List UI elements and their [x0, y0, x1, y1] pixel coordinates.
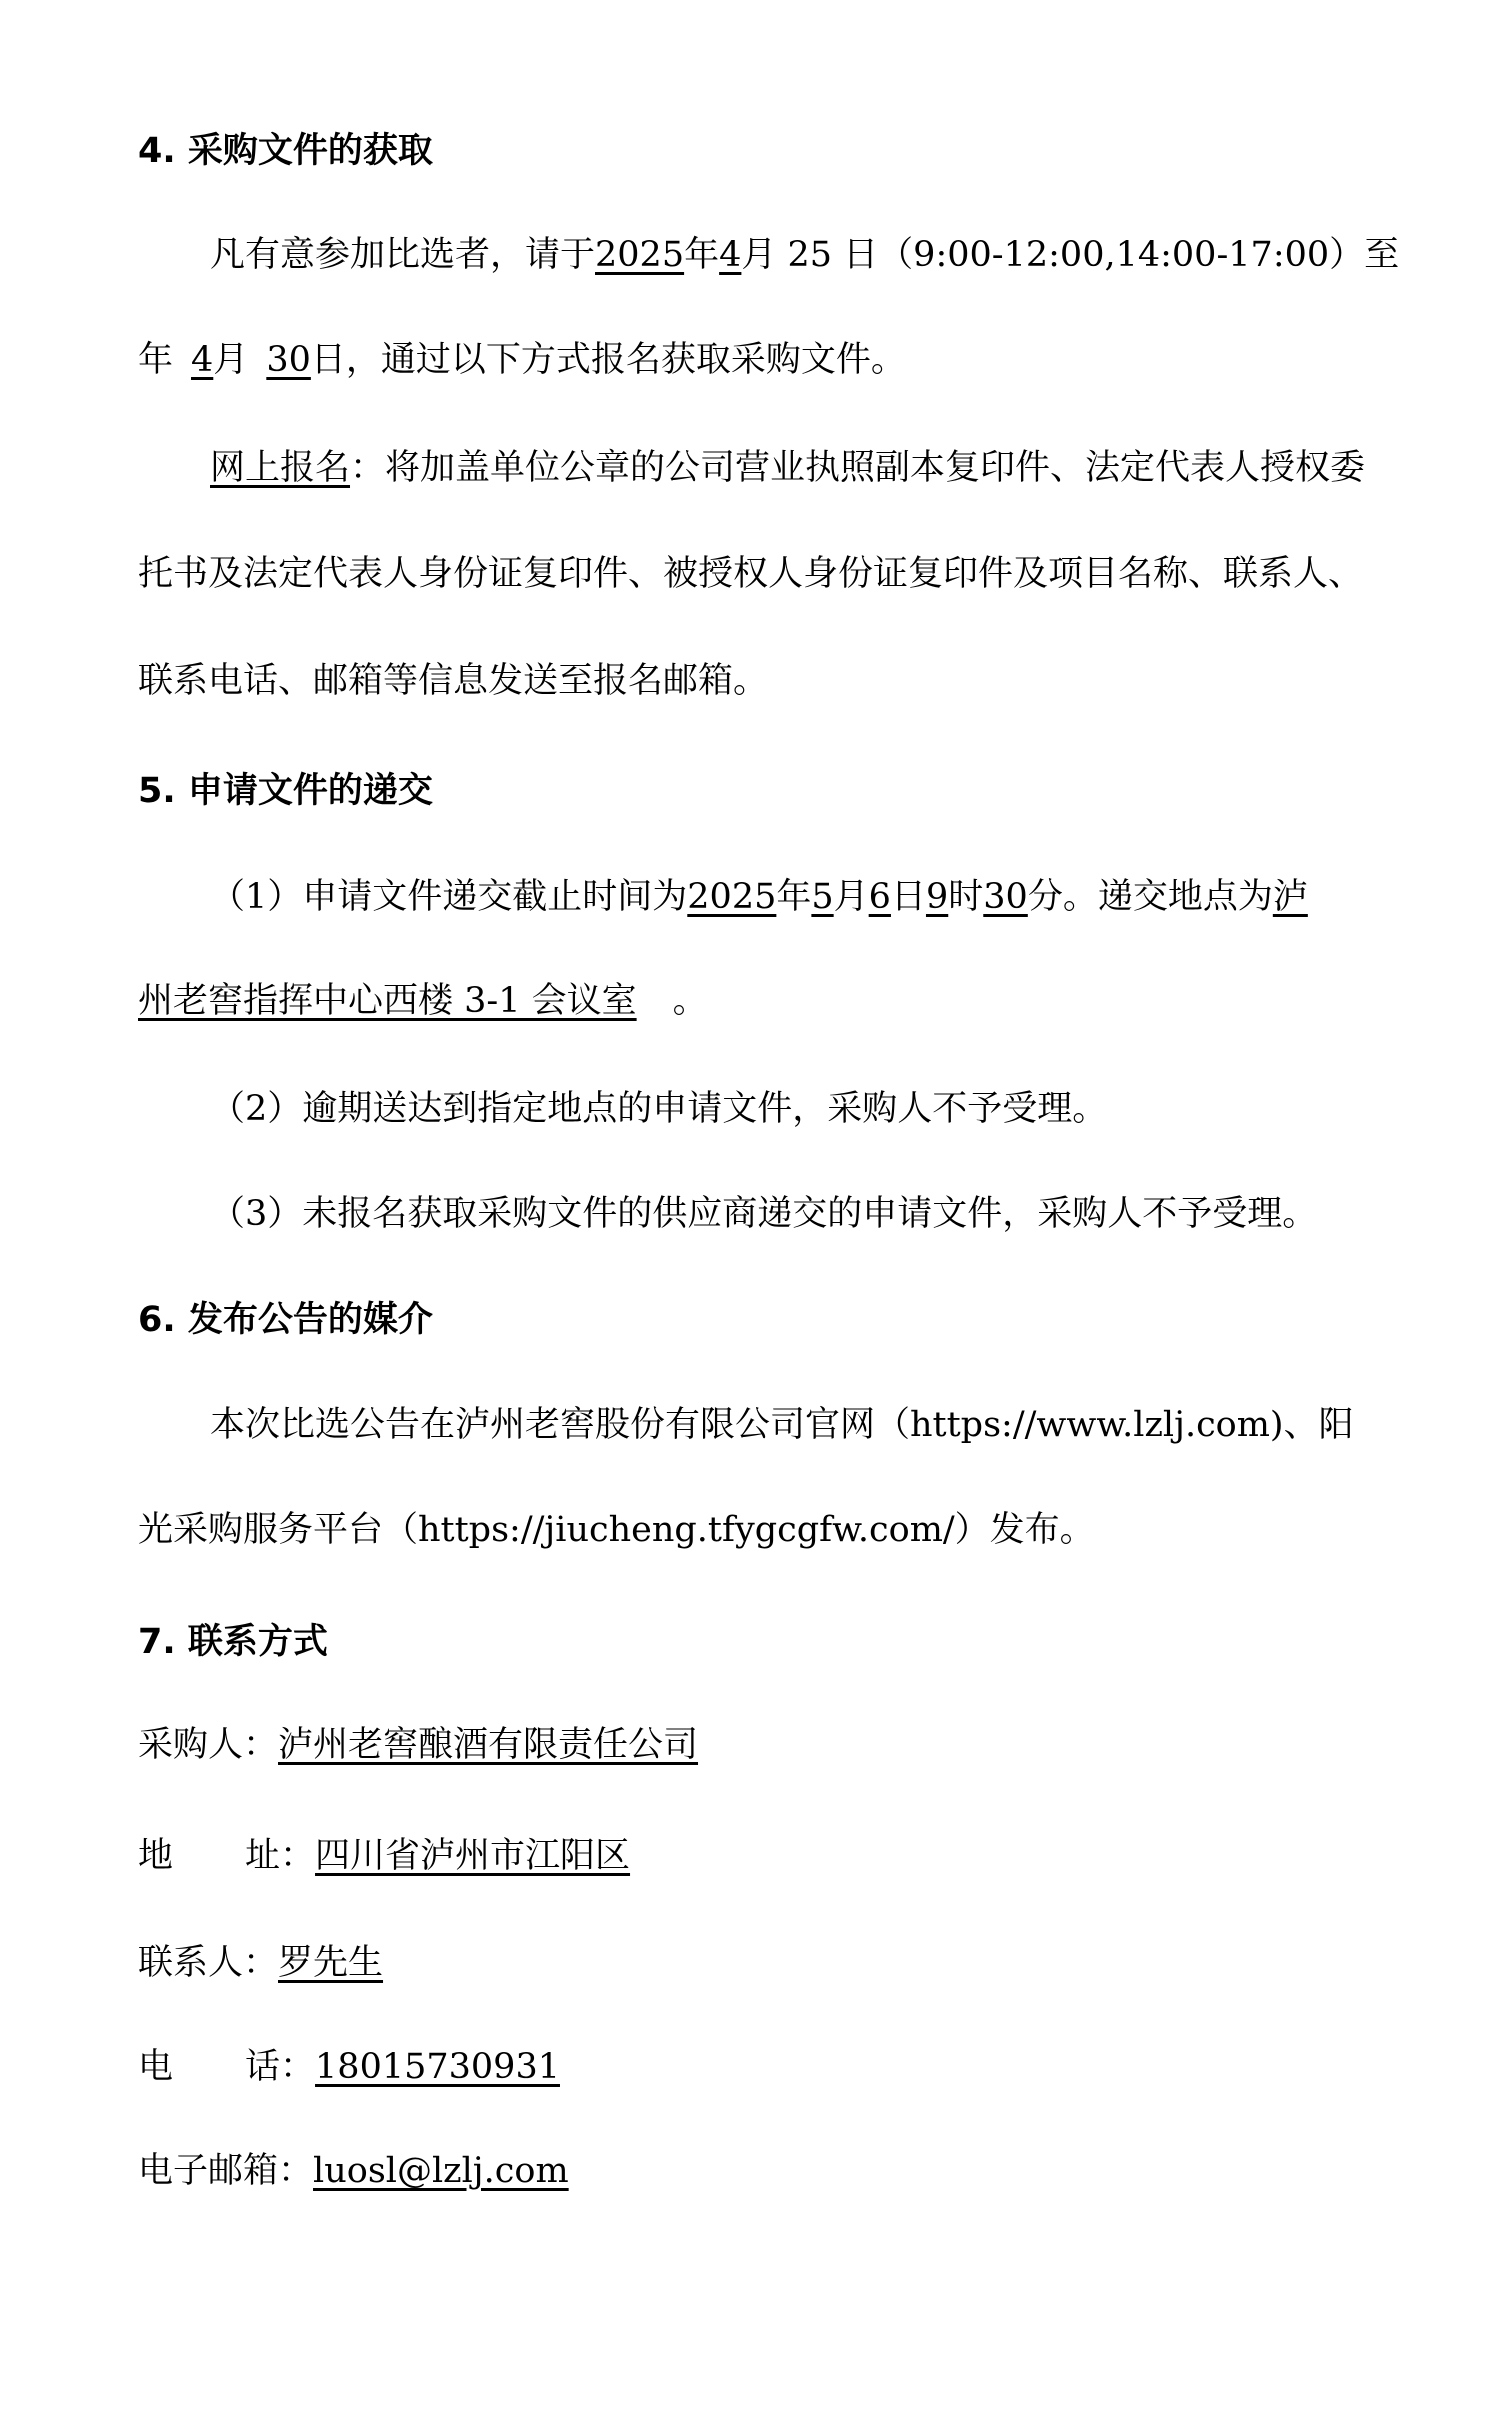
purchaser-value: 泸州老窖酿酒有限责任公司 — [278, 1725, 698, 1765]
section-heading-5: 5. 申请文件的递交 — [138, 765, 1406, 817]
item-3-unregistered: （3）未报名获取采购文件的供应商递交的申请文件，采购人不予受理。 — [138, 1188, 1406, 1240]
contact-person: 联系人：罗先生 — [138, 1937, 1406, 1989]
section-heading-7: 7. 联系方式 — [138, 1616, 1406, 1668]
text: 月 — [834, 877, 869, 917]
place-field: 泸 — [1273, 877, 1308, 917]
contact-purchaser: 采购人：泸州老窖酿酒有限责任公司 — [138, 1719, 1406, 1771]
paragraph-media-line1: 本次比选公告在泸州老窖股份有限公司官网（https://www.lzlj.com… — [138, 1399, 1406, 1451]
paragraph-registration-period-line2: 年4月30日，通过以下方式报名获取采购文件。 — [138, 334, 1406, 386]
document-page: 4. 采购文件的获取 凡有意参加比选者，请于2025年4月 25 日（9:00-… — [0, 0, 1500, 2429]
section-heading-4: 4. 采购文件的获取 — [138, 125, 1406, 177]
contact-phone: 电话：18015730931 — [138, 2041, 1406, 2093]
email-value[interactable]: luosl@lzlj.com — [313, 2151, 569, 2191]
text: 年 — [684, 235, 719, 275]
contact-label: 地 — [138, 1836, 173, 1876]
month-field: 4 — [191, 340, 213, 380]
text: （1）申请文件递交截止时间为 — [210, 877, 687, 917]
text: 年 — [138, 340, 173, 380]
year-field: 2025 — [687, 877, 776, 917]
day-field: 30 — [266, 340, 311, 380]
text: 年 — [776, 877, 811, 917]
paragraph-registration-period-line1: 凡有意参加比选者，请于2025年4月 25 日（9:00-12:00,14:00… — [138, 229, 1406, 281]
day-field: 6 — [869, 877, 891, 917]
item-2-late-submission: （2）逾期送达到指定地点的申请文件，采购人不予受理。 — [138, 1083, 1406, 1135]
text: 凡有意参加比选者，请于 — [210, 235, 595, 275]
month-field: 5 — [811, 877, 833, 917]
item-1-deadline-line2: 州老窖指挥中心西楼 3-1 会议室。 — [138, 975, 1406, 1027]
text: 。 — [673, 981, 708, 1021]
paragraph-online-registration-line2: 托书及法定代表人身份证复印件、被授权人身份证复印件及项目名称、联系人、 — [138, 548, 1406, 600]
year-field: 2025 — [595, 235, 684, 275]
contact-email: 电子邮箱：luosl@lzlj.com — [138, 2145, 1406, 2197]
address-value: 四川省泸州市江阳区 — [315, 1836, 630, 1876]
text: 月 — [213, 340, 248, 380]
contact-label: 话： — [245, 2047, 315, 2087]
text: 时 — [948, 877, 983, 917]
contact-label: 电 — [138, 2047, 173, 2087]
contact-label: 电子邮箱： — [138, 2151, 313, 2191]
contact-label: 址： — [245, 1836, 315, 1876]
text: 月 25 日（9:00-12:00,14:00-17:00）至 — [741, 235, 1399, 275]
contact-label: 联系人： — [138, 1943, 278, 1983]
text: 分。递交地点为 — [1028, 877, 1273, 917]
contact-address: 地址：四川省泸州市江阳区 — [138, 1830, 1406, 1882]
paragraph-online-registration-line3: 联系电话、邮箱等信息发送至报名邮箱。 — [138, 655, 1406, 707]
text: 日，通过以下方式报名获取采购文件。 — [311, 340, 906, 380]
text: ：将加盖单位公章的公司营业执照副本复印件、法定代表人授权委 — [350, 448, 1365, 488]
section-heading-6: 6. 发布公告的媒介 — [138, 1294, 1406, 1346]
text: 日 — [891, 877, 926, 917]
item-1-deadline-line1: （1）申请文件递交截止时间为2025年5月6日9时30分。递交地点为泸 — [138, 871, 1406, 923]
month-field: 4 — [719, 235, 741, 275]
phone-value: 18015730931 — [315, 2047, 560, 2087]
paragraph-online-registration-line1: 网上报名：将加盖单位公章的公司营业执照副本复印件、法定代表人授权委 — [138, 442, 1406, 494]
contact-person-value: 罗先生 — [278, 1943, 383, 1983]
place-field: 州老窖指挥中心西楼 3-1 会议室 — [138, 981, 673, 1021]
contact-label: 采购人： — [138, 1725, 278, 1765]
paragraph-media-line2: 光采购服务平台（https://jiucheng.tfygcgfw.com/）发… — [138, 1504, 1406, 1556]
hour-field: 9 — [926, 877, 948, 917]
online-registration-label: 网上报名 — [210, 448, 350, 488]
minute-field: 30 — [983, 877, 1028, 917]
